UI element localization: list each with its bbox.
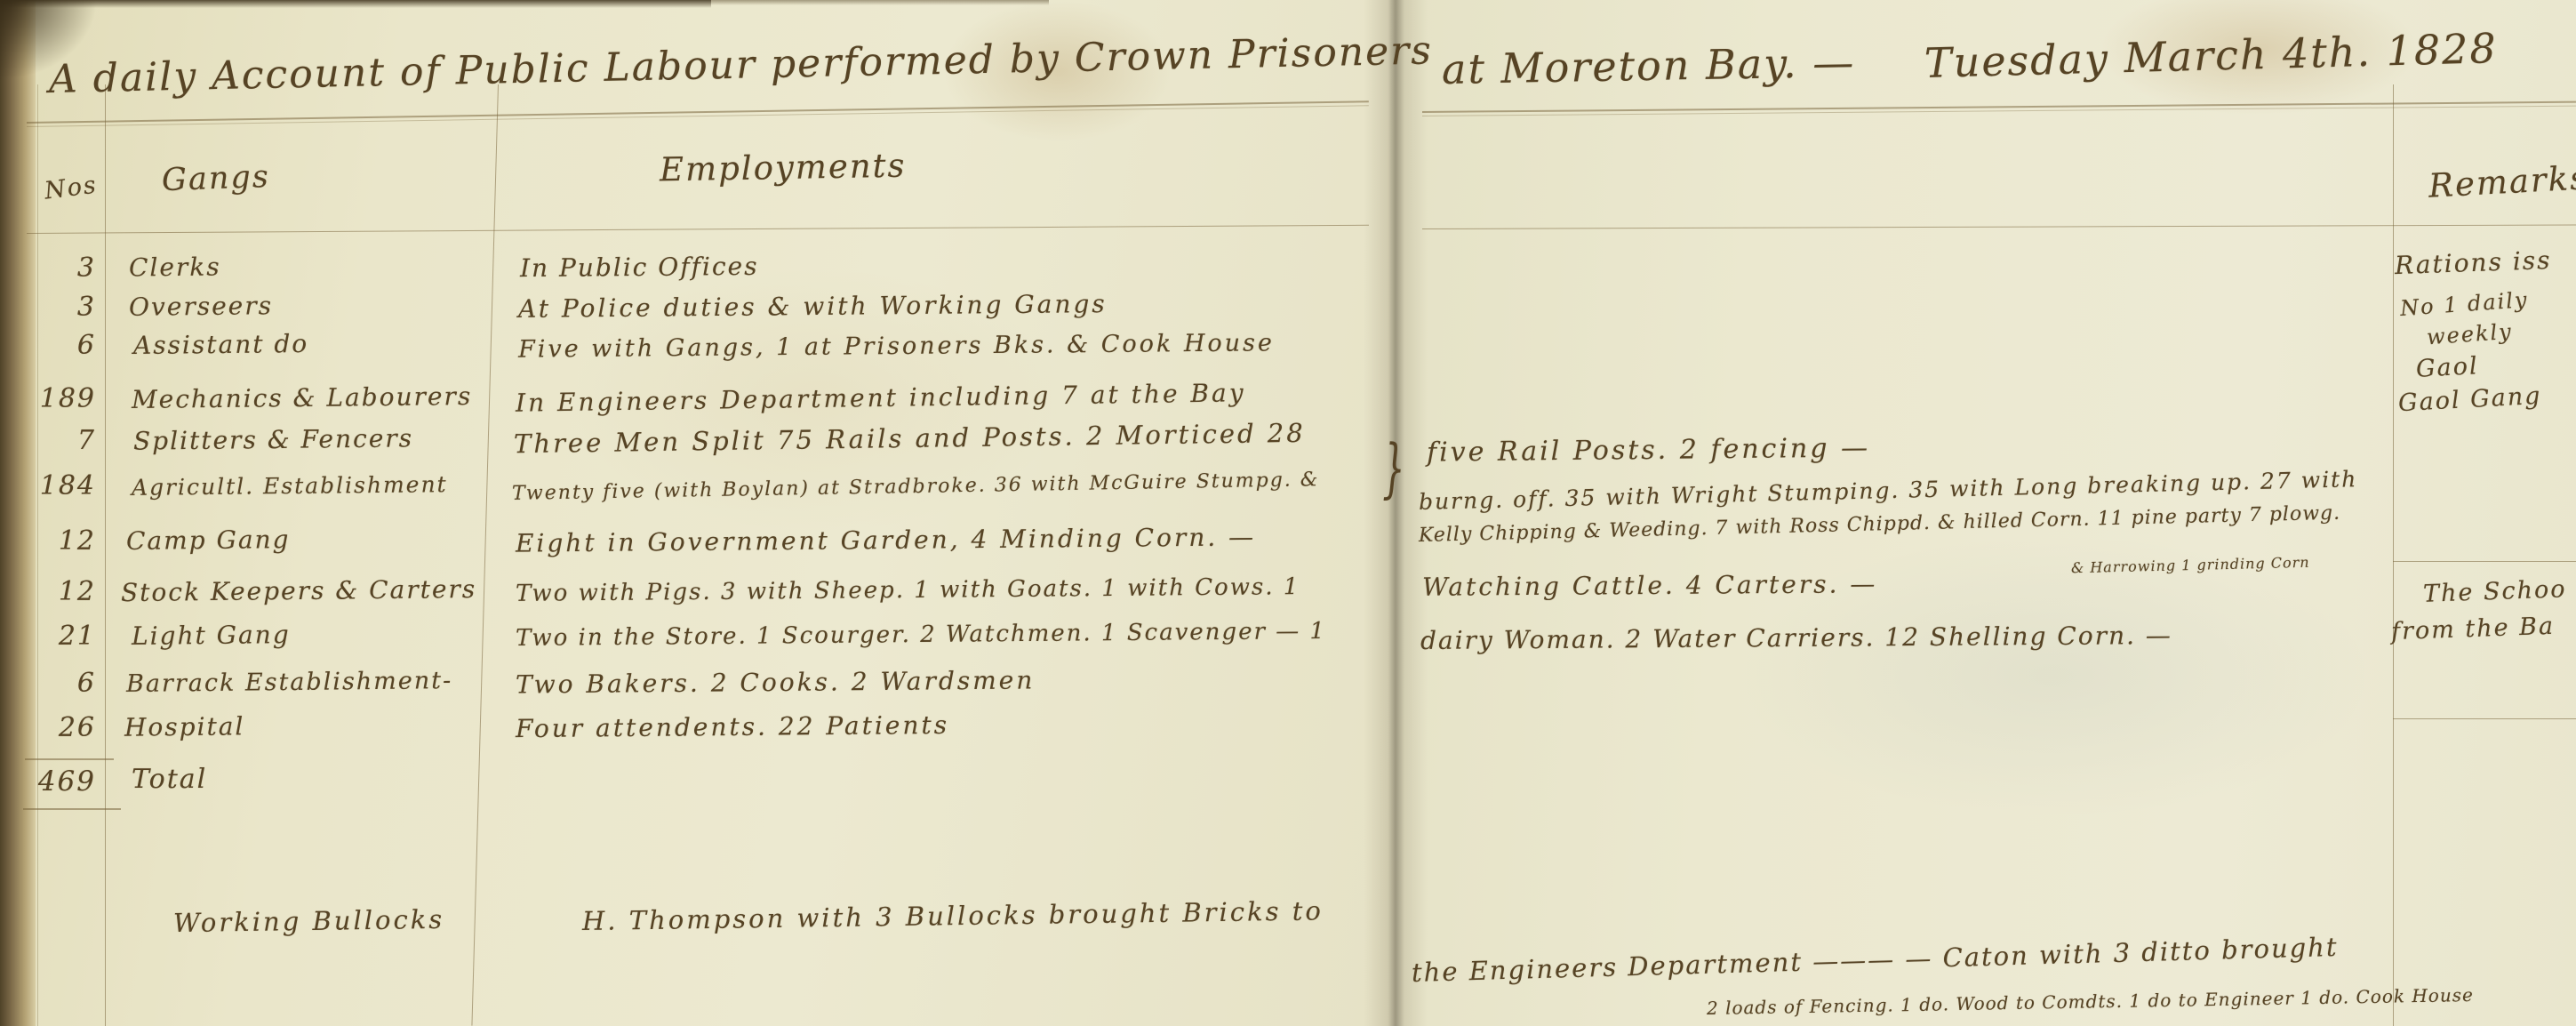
remark-line: Gaol Gang [2397, 384, 2542, 415]
row-gang: Clerks [129, 254, 221, 280]
row-no: 6 [27, 333, 96, 359]
row-gang: Splitters & Fencers [133, 426, 413, 453]
remark-line: The Schoo [2423, 577, 2567, 606]
total-box-line-bottom [23, 808, 121, 810]
row-no: 3 [27, 255, 96, 282]
continuation-brace: } [1382, 436, 1404, 500]
total-label: Total [132, 766, 207, 793]
row-gang: Light Gang [132, 622, 291, 649]
row-employment: At Police duties & with Working Gangs [518, 292, 1108, 322]
no-column-divider [105, 84, 106, 1026]
col-header-remarks: Remarks [2428, 161, 2576, 202]
row-no: 7 [27, 428, 96, 454]
remarks-column-divider [2393, 84, 2394, 1026]
row-no: 184 [27, 473, 96, 500]
row-gang: Barrack Establishment- [126, 669, 452, 696]
remarks-row-divider-1 [2393, 561, 2576, 562]
remark-line: weekly [2426, 321, 2513, 349]
row-employment: Two Bakers. 2 Cooks. 2 Wardsmen [516, 668, 1036, 697]
remark-line: from the Ba [2391, 614, 2556, 644]
row-gang: Agricultl. Establishment [132, 473, 448, 499]
row-no: 12 [27, 579, 96, 605]
total-box-line-top [25, 758, 114, 760]
total-no: 469 [27, 768, 96, 796]
row-employment: Four attendents. 22 Patients [516, 713, 949, 741]
row-continuation: five Rail Posts. 2 fencing — [1427, 435, 1870, 466]
row-no: 189 [27, 386, 96, 413]
footer-gang: Working Bullocks [173, 907, 445, 936]
remarks-row-divider-2 [2393, 718, 2576, 719]
row-gang: Overseers [129, 293, 273, 320]
page-gutter-fold [1364, 0, 1428, 1026]
top-edge-shadow [0, 0, 711, 8]
col-header-gangs: Gangs [161, 162, 270, 196]
row-continuation: Watching Cattle. 4 Carters. — [1422, 572, 1878, 600]
row-gang: Hospital [124, 714, 245, 740]
row-gang: Assistant do [133, 332, 308, 358]
row-employment: Two with Pigs. 3 with Sheep. 1 with Goat… [516, 575, 1300, 605]
row-employment: Two in the Store. 1 Scourger. 2 Watchmen… [516, 620, 1326, 650]
row-no: 21 [27, 623, 96, 650]
row-no: 3 [27, 294, 96, 321]
remark-line: Rations iss [2395, 248, 2552, 278]
row-no: 6 [27, 670, 96, 697]
row-employment: Five with Gangs, 1 at Prisoners Bks. & C… [518, 331, 1275, 361]
row-employment: Eight in Government Garden, 4 Minding Co… [516, 525, 1256, 556]
ledger-page-scan: A daily Account of Public Labour perform… [0, 0, 2576, 1026]
col-header-no: Nos [44, 172, 100, 203]
row-no: 26 [27, 715, 96, 741]
left-page-margin-line [37, 84, 38, 1026]
row-continuation: dairy Woman. 2 Water Carriers. 12 Shelli… [1420, 623, 2172, 653]
row-gang: Camp Gang [126, 527, 291, 554]
row-employment: In Public Offices [520, 254, 759, 281]
row-gang: Mechanics & Labourers [132, 384, 473, 413]
row-no: 12 [27, 528, 96, 555]
remark-line: Gaol [2415, 354, 2479, 381]
col-header-employments: Employments [660, 149, 907, 187]
row-gang: Stock Keepers & Carters [121, 577, 476, 605]
document-title-center: at Moreton Bay. — [1442, 42, 1856, 90]
book-binding-edge [0, 0, 36, 1026]
